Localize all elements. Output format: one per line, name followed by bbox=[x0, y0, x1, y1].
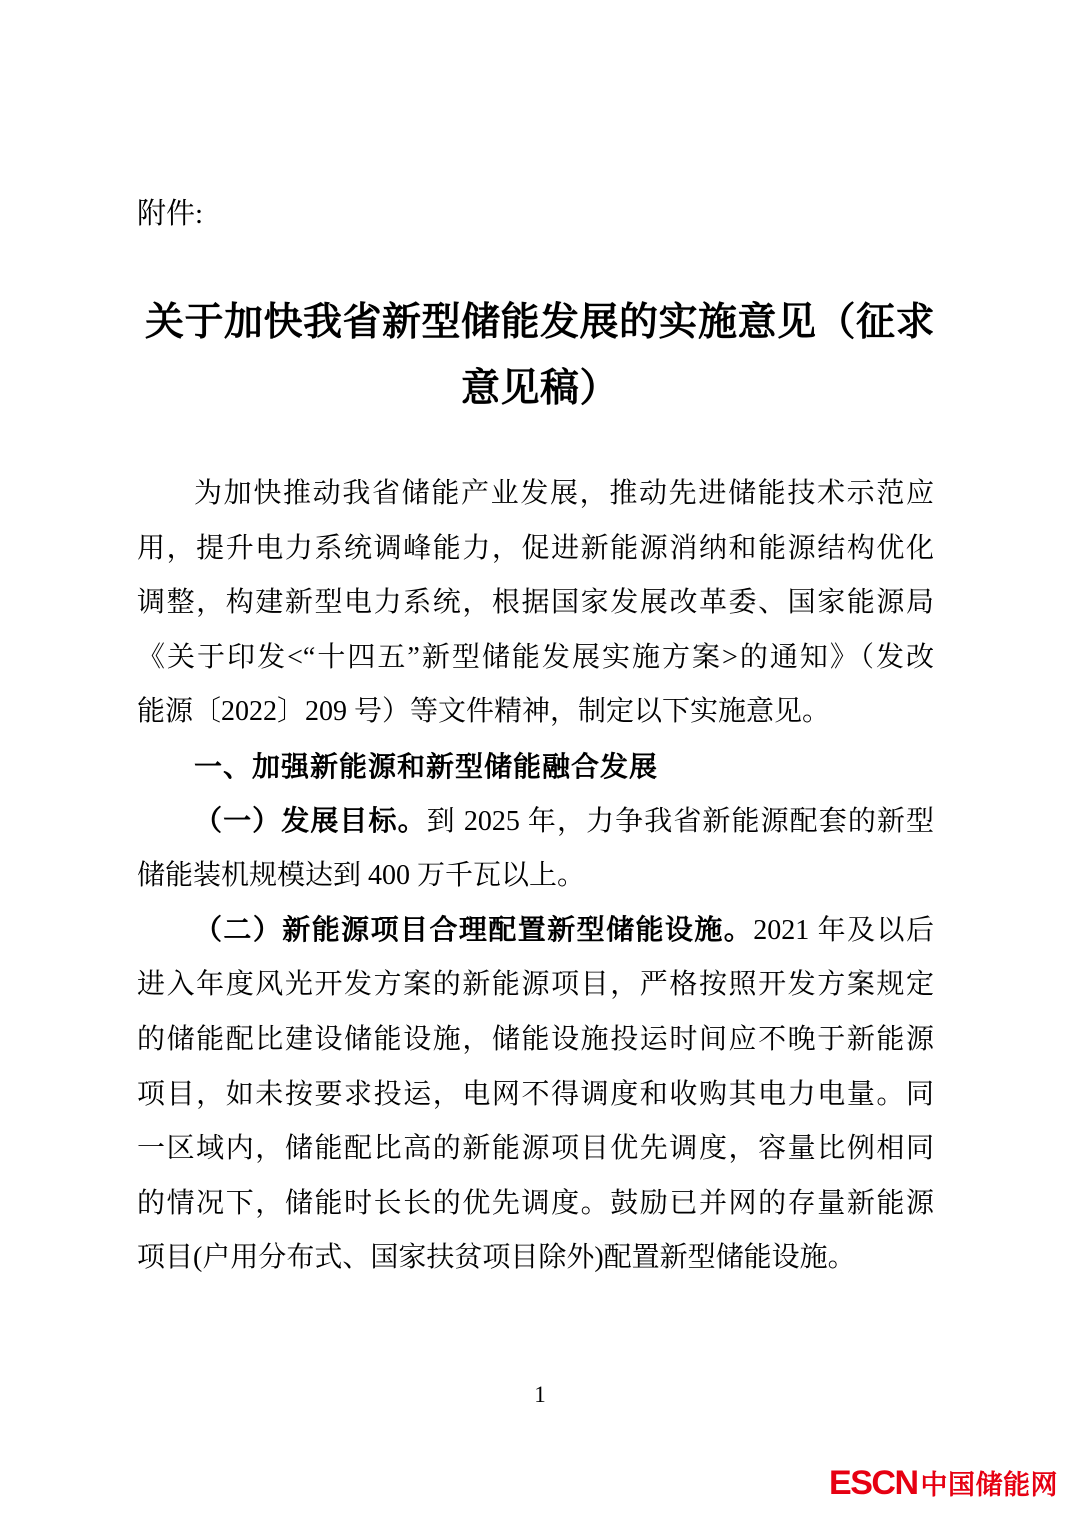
body-line: （二）新能源项目合理配置新型储能设施。2021 年及以后 bbox=[137, 904, 934, 959]
escn-logo: ESCN 中国储能网 bbox=[829, 1466, 1058, 1500]
body-line: 的储能配比建设储能设施，储能设施投运时间应不晚于新能源 bbox=[137, 1013, 934, 1068]
escn-logo-text: ESCN bbox=[829, 1466, 917, 1500]
body-line: 一区域内，储能配比高的新能源项目优先调度，容量比例相同 bbox=[137, 1122, 934, 1177]
body-line: 用，提升电力系统调峰能力，促进新能源消纳和能源结构优化 bbox=[137, 522, 934, 577]
body-line: 调整，构建新型电力系统，根据国家发展改革委、国家能源局 bbox=[137, 576, 934, 631]
clause-label: （二）新能源项目合理配置新型储能设施。 bbox=[194, 915, 753, 946]
body-line: 《关于印发<“十四五”新型储能发展实施方案>的通知》（发改 bbox=[137, 631, 934, 686]
clause-text: 到 2025 年，力争我省新能源配套的新型 bbox=[427, 806, 934, 837]
attachment-label: 附件: bbox=[137, 196, 203, 234]
escn-site-name: 中国储能网 bbox=[921, 1472, 1059, 1499]
body-line: 能源〔2022〕209 号）等文件精神，制定以下实施意见。 bbox=[137, 685, 934, 740]
clause-label: （一）发展目标。 bbox=[194, 806, 427, 837]
body-line: 的情况下，储能时长长的优先调度。鼓励已并网的存量新能源 bbox=[137, 1177, 934, 1232]
document-title: 关于加快我省新型储能发展的实施意见（征求 意见稿） bbox=[90, 290, 990, 422]
document-body: 为加快推动我省储能产业发展，推动先进储能技术示范应 用，提升电力系统调峰能力，促… bbox=[137, 467, 934, 1286]
document-title-line-1: 关于加快我省新型储能发展的实施意见（征求 bbox=[90, 290, 990, 356]
document-page: 附件: 关于加快我省新型储能发展的实施意见（征求 意见稿） 为加快推动我省储能产… bbox=[0, 0, 1080, 1528]
document-title-line-2: 意见稿） bbox=[90, 356, 990, 422]
clause-text: 2021 年及以后 bbox=[753, 915, 934, 946]
body-line: 项目(户用分布式、国家扶贫项目除外)配置新型储能设施。 bbox=[137, 1231, 934, 1286]
body-line: 储能装机规模达到 400 万千瓦以上。 bbox=[137, 849, 934, 904]
body-line: （一）发展目标。到 2025 年，力争我省新能源配套的新型 bbox=[137, 795, 934, 850]
section-heading: 一、加强新能源和新型储能融合发展 bbox=[137, 740, 934, 795]
page-number: 1 bbox=[0, 1380, 1080, 1410]
body-line: 项目，如未按要求投运，电网不得调度和收购其电力电量。同 bbox=[137, 1068, 934, 1123]
body-line: 进入年度风光开发方案的新能源项目，严格按照开发方案规定 bbox=[137, 958, 934, 1013]
body-line: 为加快推动我省储能产业发展，推动先进储能技术示范应 bbox=[137, 467, 934, 522]
